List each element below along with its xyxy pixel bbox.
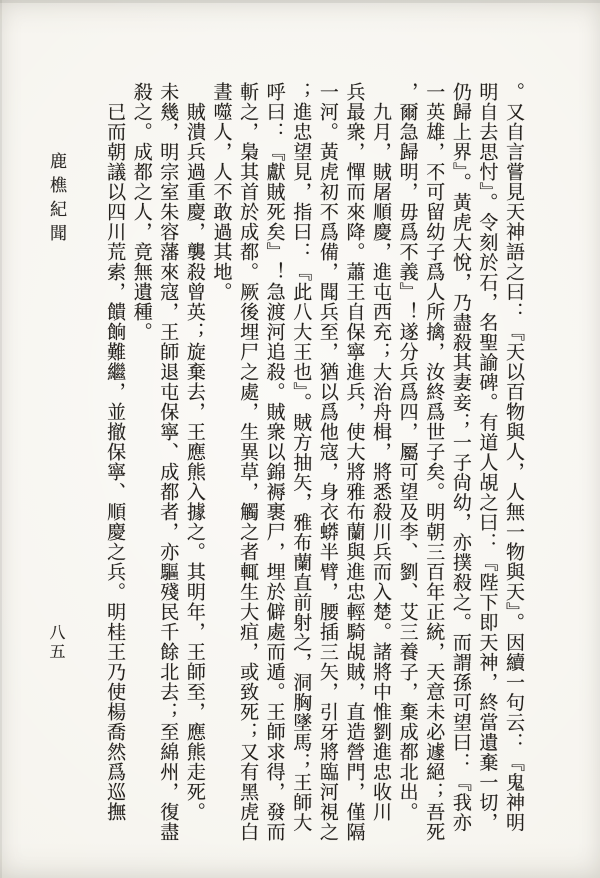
body-text-block: 。又自言嘗見天神語之曰：『天以百物與人，人無一物與天』。因續一句云：『鬼神明明自… — [101, 82, 527, 844]
text-column-9: ；進忠望見，指曰：『此八大王也』。賊方抽矢，雅布蘭直前射之，洞胸墜馬；王師大 — [287, 82, 314, 844]
text-column-8: 一河。黃虎初不爲備，聞兵至，猶以爲他寇，身衣蟒半臂，腰插三矢，引牙將臨河視之 — [313, 82, 340, 844]
text-column-15: 殺之。成都之人，竟無遺種。 — [127, 82, 154, 844]
page-number: 八五 — [44, 624, 67, 662]
text-column-7: 兵最衆，憚而來降。蕭王自保寧進兵，使大將雅布蘭與進忠輕騎覘賊，直造營門，僅隔 — [340, 82, 367, 844]
scan-edge — [0, 0, 2, 878]
text-column-3: 仍歸上界』。黃虎大悅，乃盡殺其妻妾；一子尙幼，亦撲殺之。而謂孫可望曰：『我亦 — [446, 82, 473, 844]
text-column-16: 已而朝議以四川荒索，饋餉難繼，並撤保寧、順慶之兵。明桂王乃使楊喬然爲巡撫 — [101, 82, 128, 844]
text-column-10: 呼曰：『獻賊死矣』！急渡河追殺。賊衆以錦褥裹尸，埋於僻處而遁。王師求得，發而 — [260, 82, 287, 844]
text-column-5: ，爾急歸明，毋爲不義』！遂分兵爲四，屬可望及李、劉、艾三養子，棄成都北出。 — [393, 82, 420, 844]
scan-edge — [0, 0, 600, 3]
text-column-11: 斬之，梟其首於成都。厥後埋尸之處，生異草，觸之者輒生大疽，或致死；又有黑虎白 — [233, 82, 260, 844]
book-title-margin: 鹿樵紀聞 — [44, 152, 69, 248]
text-column-6: 九月，賊屠順慶，進屯西充；大治舟楫，將悉殺川兵而入楚。諸將中惟劉進忠收川 — [366, 82, 393, 844]
text-column-14: 未幾，明宗室朱容藩來寇，王師退屯保寧、成都者，亦驅殘民千餘北去；至綿州，復盡 — [154, 82, 181, 844]
text-column-4: 一英雄，不可留幼子爲人所擒，汝終爲世子矣。明朝三百年正統，天意未必遽絕；吾死 — [420, 82, 447, 844]
scanned-book-page: 。又自言嘗見天神語之曰：『天以百物與人，人無一物與天』。因續一句云：『鬼神明明自… — [0, 0, 600, 878]
text-column-13: 賊潰兵過重慶，襲殺曾英；旋棄去，王應熊入據之。其明年，王師至，應熊走死。 — [180, 82, 207, 844]
text-column-2: 明自去思忖』。令刻於石，名聖諭碑。有道人覘之曰：『陛下即天神，終當遺棄一切， — [473, 82, 500, 844]
text-column-1: 。又自言嘗見天神語之曰：『天以百物與人，人無一物與天』。因續一句云：『鬼神明 — [499, 82, 526, 844]
text-column-12: 晝噬人，人不敢過其地。 — [207, 82, 234, 844]
